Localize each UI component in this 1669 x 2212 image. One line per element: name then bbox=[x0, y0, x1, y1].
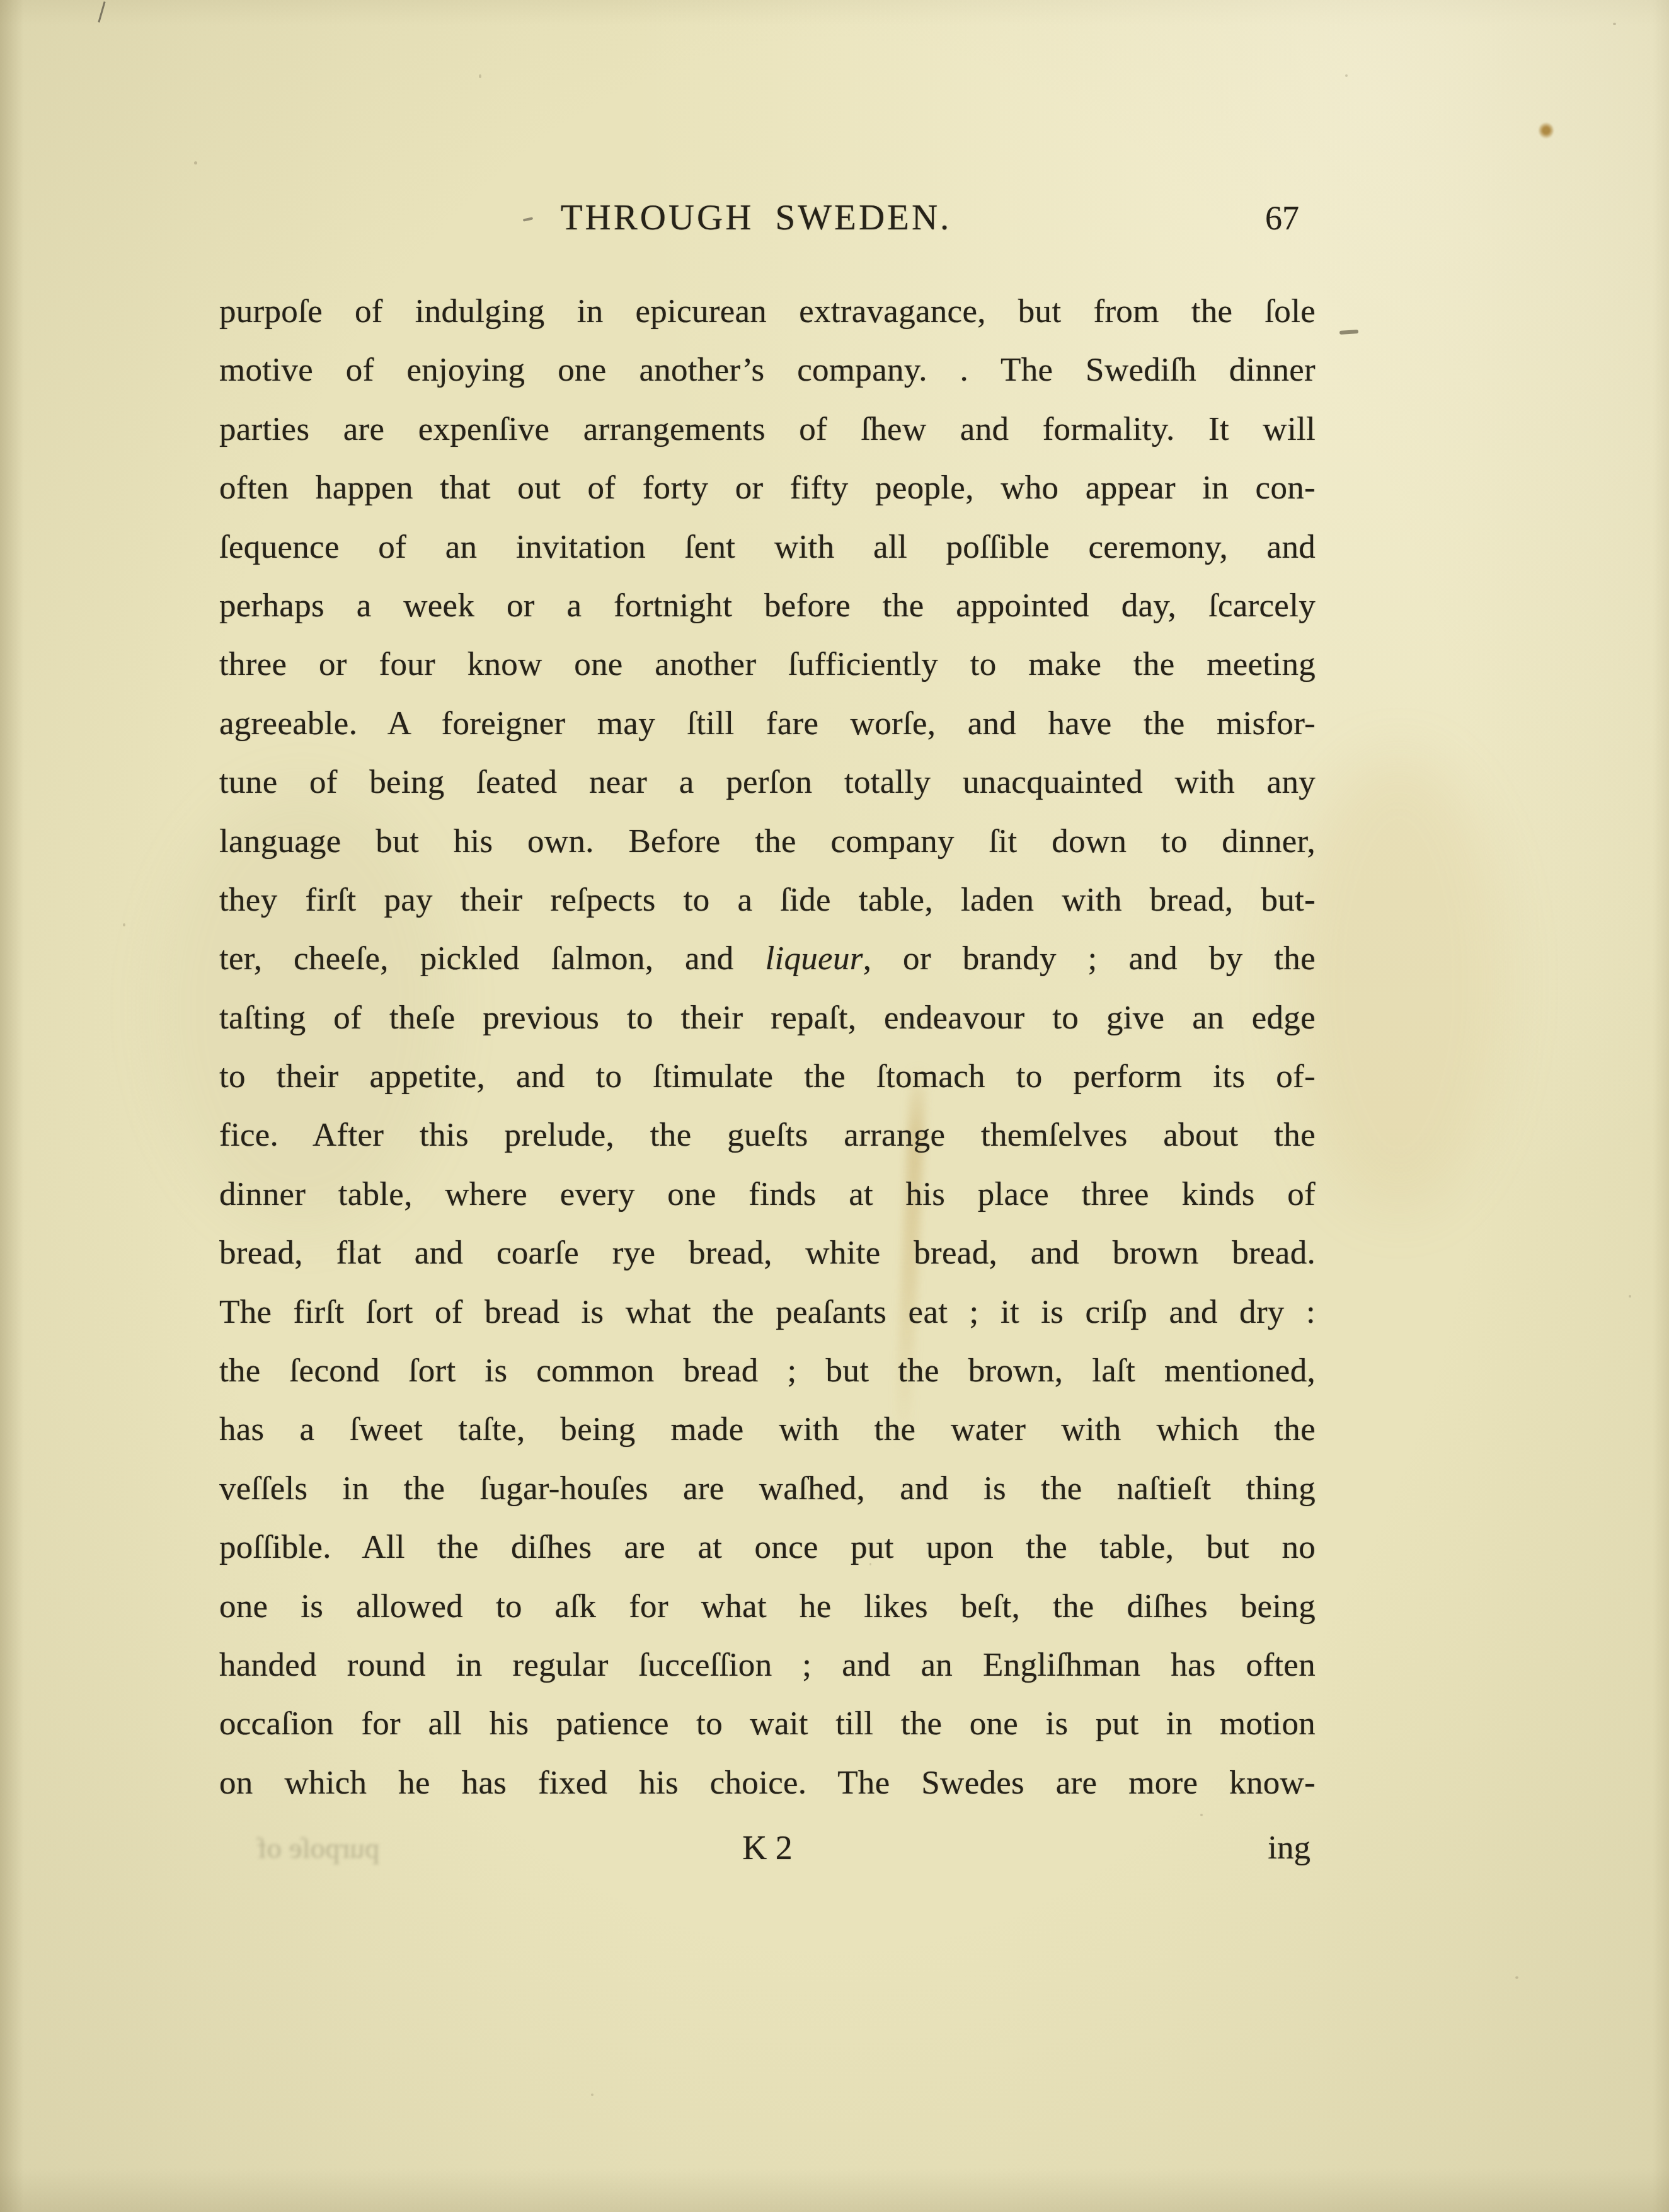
text-line: veſſels in the ſugar-houſes are waſhed, … bbox=[219, 1460, 1316, 1518]
margin-dash-mark bbox=[1339, 330, 1358, 335]
text-segment: taſting of theſe previous to their repaſ… bbox=[219, 999, 1316, 1036]
text-segment: parties are expenſive arrangements of ſh… bbox=[219, 411, 1316, 447]
paper-speck bbox=[1345, 74, 1348, 77]
text-line: fice. After this prelude, the gueſts arr… bbox=[219, 1106, 1316, 1165]
text-line: language but his own. Before the company… bbox=[219, 812, 1316, 871]
text-line: handed round in regular ſucceſſion ; and… bbox=[219, 1636, 1316, 1695]
text-block: purpoſe of indulging in epicurean extrav… bbox=[219, 282, 1316, 1812]
corner-pen-mark bbox=[98, 1, 105, 23]
text-segment: purpoſe of indulging in epicurean extrav… bbox=[219, 293, 1316, 330]
catchword: ing bbox=[1268, 1817, 1311, 1878]
text-line: agreeable. A foreigner may ſtill fare wo… bbox=[219, 694, 1316, 753]
text-line: has a ſweet taſte, being made with the w… bbox=[219, 1400, 1316, 1459]
paper-speck bbox=[591, 2094, 594, 2096]
text-segment: perhaps a week or a fortnight before the… bbox=[219, 587, 1316, 624]
text-segment: veſſels in the ſugar-houſes are waſhed, … bbox=[219, 1470, 1316, 1507]
paper-speck bbox=[123, 923, 125, 926]
text-line: taſting of theſe previous to their repaſ… bbox=[219, 989, 1316, 1047]
text-line: on which he has fixed his choice. The Sw… bbox=[219, 1754, 1316, 1812]
text-line: The firſt ſort of bread is what the peaſ… bbox=[219, 1283, 1316, 1342]
text-segment: three or four know one another ſufficien… bbox=[219, 646, 1316, 683]
text-segment: occaſion for all his patience to wait ti… bbox=[219, 1705, 1316, 1742]
text-line: perhaps a week or a fortnight before the… bbox=[219, 577, 1316, 635]
text-segment: to their appetite, and to ſtimulate the … bbox=[219, 1058, 1316, 1095]
text-segment: one is allowed to aſk for what he likes … bbox=[219, 1588, 1316, 1625]
text-line: often happen that out of forty or fifty … bbox=[219, 459, 1316, 517]
text-segment: often happen that out of forty or fifty … bbox=[219, 469, 1316, 506]
text-segment: ſequence of an invitation ſent with all … bbox=[219, 529, 1316, 565]
text-line: occaſion for all his patience to wait ti… bbox=[219, 1695, 1316, 1753]
paper-speck bbox=[194, 161, 197, 164]
text-line: the ſecond ſort is common bread ; but th… bbox=[219, 1342, 1316, 1400]
text-segment: bread, flat and coarſe rye bread, white … bbox=[219, 1235, 1316, 1271]
text-segment: agreeable. A foreigner may ſtill fare wo… bbox=[219, 705, 1316, 742]
text-segment: fice. After this prelude, the gueſts arr… bbox=[219, 1117, 1316, 1153]
italic-word: liqueur bbox=[765, 940, 863, 977]
text-line: dinner table, where every one finds at h… bbox=[219, 1165, 1316, 1224]
text-line: ter, cheeſe, pickled ſalmon, and liqueur… bbox=[219, 930, 1316, 988]
text-segment: The firſt ſort of bread is what the peaſ… bbox=[219, 1294, 1316, 1330]
text-line: motive of enjoying one another’s company… bbox=[219, 341, 1316, 400]
text-line: one is allowed to aſk for what he likes … bbox=[219, 1577, 1316, 1636]
text-segment: on which he has fixed his choice. The Sw… bbox=[219, 1765, 1316, 1801]
text-segment: handed round in regular ſucceſſion ; and… bbox=[219, 1647, 1316, 1683]
show-through-text: purpoſe of bbox=[186, 1823, 450, 1874]
text-segment: has a ſweet taſte, being made with the w… bbox=[219, 1411, 1316, 1448]
text-segment: language but his own. Before the company… bbox=[219, 823, 1316, 860]
text-segment: they firſt pay their reſpects to a ſide … bbox=[219, 882, 1316, 918]
text-segment: motive of enjoying one another’s company… bbox=[219, 352, 1316, 388]
text-line: to their appetite, and to ſtimulate the … bbox=[219, 1047, 1316, 1106]
text-segment: tune of being ſeated near a perſon total… bbox=[219, 764, 1316, 800]
running-header-title: THROUGH SWEDEN. bbox=[561, 190, 952, 246]
text-line: ſequence of an invitation ſent with all … bbox=[219, 518, 1316, 577]
text-line: three or four know one another ſufficien… bbox=[219, 635, 1316, 694]
text-line: poſſible. All the diſhes are at once put… bbox=[219, 1518, 1316, 1577]
text-line: bread, flat and coarſe rye bread, white … bbox=[219, 1224, 1316, 1282]
text-segment: ter, cheeſe, pickled ſalmon, and bbox=[219, 940, 765, 977]
text-line: tune of being ſeated near a perſon total… bbox=[219, 753, 1316, 812]
book-page-scan: THROUGH SWEDEN. 67 purpoſe of indulging … bbox=[0, 0, 1669, 2212]
text-segment: the ſecond ſort is common bread ; but th… bbox=[219, 1352, 1316, 1389]
text-line: parties are expenſive arrangements of ſh… bbox=[219, 400, 1316, 459]
text-segment: poſſible. All the diſhes are at once put… bbox=[219, 1529, 1316, 1565]
paper-speck bbox=[479, 74, 481, 78]
text-line: they firſt pay their reſpects to a ſide … bbox=[219, 871, 1316, 930]
text-segment: , or brandy ; and by the bbox=[863, 940, 1316, 977]
paper-speck bbox=[1629, 1295, 1631, 1298]
text-segment: dinner table, where every one finds at h… bbox=[219, 1176, 1316, 1213]
page-number: 67 bbox=[1265, 190, 1299, 246]
paper-speck bbox=[1200, 1814, 1203, 1816]
text-line: purpoſe of indulging in epicurean extrav… bbox=[219, 282, 1316, 341]
running-header: THROUGH SWEDEN. 67 bbox=[219, 190, 1316, 246]
foxing-fleck bbox=[1539, 122, 1554, 139]
paper-mottle bbox=[1292, 756, 1506, 1210]
paper-speck bbox=[1613, 23, 1616, 25]
paper-speck bbox=[1515, 1976, 1518, 1979]
signature-mark: K 2 bbox=[742, 1829, 793, 1867]
